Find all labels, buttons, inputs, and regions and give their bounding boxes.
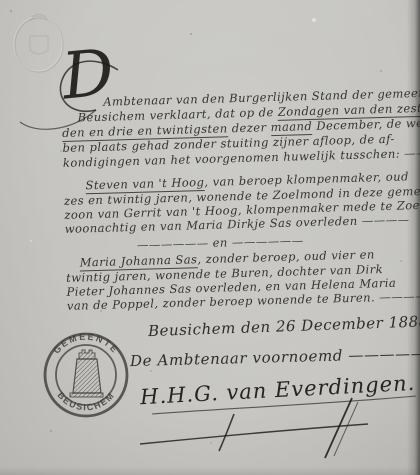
text-segment: dezer (227, 120, 270, 135)
stamp-top-text: GEMEENTE (51, 331, 120, 355)
scanned-document-page: D Ambtenaar van den Burgerlijken Stand d… (0, 0, 420, 475)
scan-edge-right (407, 0, 420, 475)
scan-edge-bottom (0, 467, 420, 475)
municipal-stamp: GEMEENTE BEUSICHEM (42, 331, 132, 421)
stamp-coat-of-arms-tower (70, 350, 103, 397)
